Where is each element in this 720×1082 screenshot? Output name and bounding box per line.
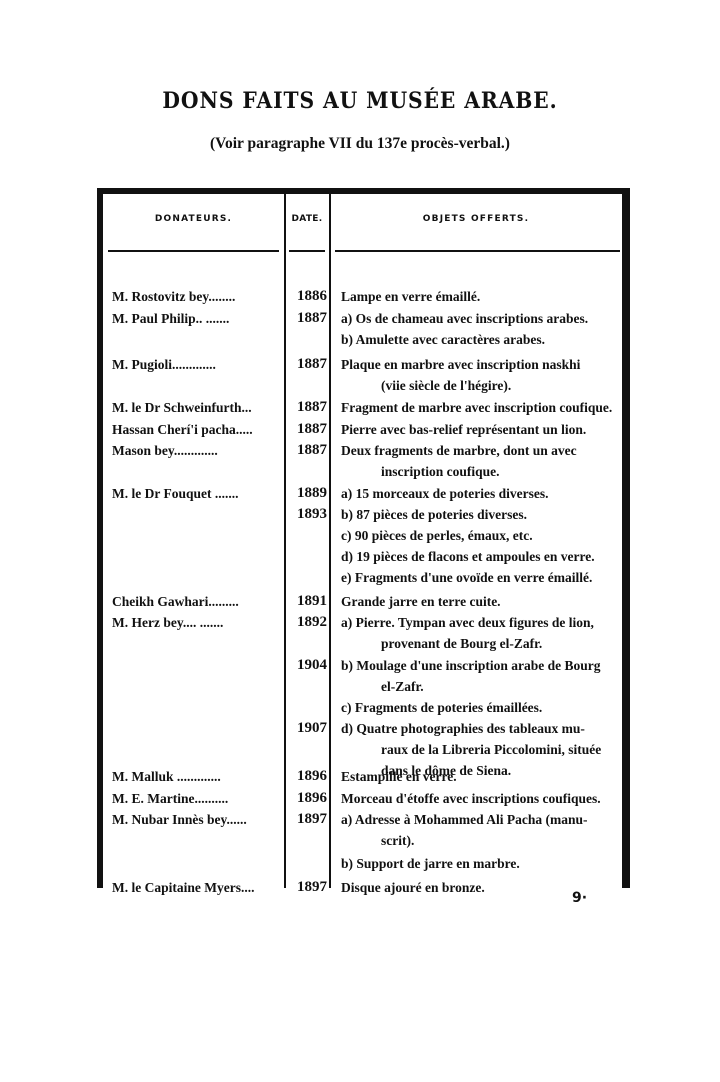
date-cell: 1897	[289, 809, 327, 830]
object-cell: b) Support de jarre en marbre.	[341, 853, 621, 874]
header-rule	[108, 250, 279, 252]
object-cell: b) Moulage d'une inscription arabe de Bo…	[341, 655, 621, 697]
object-cell: Grande jarre en terre cuite.	[341, 591, 621, 612]
date-cell: 1887	[289, 440, 327, 461]
date-cell: 1896	[289, 788, 327, 809]
header-date: DATE.	[285, 214, 329, 224]
donor-cell: Cheikh Gawhari.........	[112, 591, 282, 612]
donor-cell: M. le Dr Fouquet .......	[112, 483, 282, 504]
object-cell: Fragment de marbre avec inscription couf…	[341, 397, 621, 418]
donor-cell: M. Nubar Innès bey......	[112, 809, 282, 830]
header-objects: OBJETS OFFERTS.	[331, 214, 621, 224]
object-cell: d) 19 pièces de flacons et ampoules en v…	[341, 546, 621, 567]
donor-cell: M. Rostovitz bey........	[112, 286, 282, 307]
donor-cell: Hassan Cherí'i pacha.....	[112, 419, 282, 440]
object-cell-continuation: provenant de Bourg el-Zafr.	[341, 633, 621, 654]
object-cell: a) Pierre. Tympan avec deux figures de l…	[341, 612, 621, 654]
object-cell: a) Os de chameau avec inscriptions arabe…	[341, 308, 621, 329]
date-cell: 1897	[289, 877, 327, 898]
object-cell: a) Adresse à Mohammed Ali Pacha (manu-sc…	[341, 809, 621, 851]
donor-cell: M. Pugioli.............	[112, 354, 282, 375]
donor-cell: M. Malluk .............	[112, 766, 282, 787]
date-cell: 1896	[289, 766, 327, 787]
object-cell: Plaque en marbre avec inscription naskhi…	[341, 354, 621, 396]
object-cell: Pierre avec bas-relief représentant un l…	[341, 419, 621, 440]
date-cell: 1907	[289, 718, 327, 739]
object-cell-continuation: raux de la Libreria Piccolomini, située	[341, 739, 621, 760]
object-cell: Estampille en verre.	[341, 766, 621, 787]
object-cell: c) 90 pièces de perles, émaux, etc.	[341, 525, 621, 546]
date-cell: 1887	[289, 397, 327, 418]
donor-cell: M. le Dr Schweinfurth...	[112, 397, 282, 418]
date-cell: 1887	[289, 419, 327, 440]
date-cell: 1886	[289, 286, 327, 307]
object-cell: Lampe en verre émaillé.	[341, 286, 621, 307]
object-cell-continuation: scrit).	[341, 830, 621, 851]
date-cell: 1891	[289, 591, 327, 612]
object-cell-continuation: el-Zafr.	[341, 676, 621, 697]
date-cell: 1893	[289, 504, 327, 525]
donor-cell: Mason bey.............	[112, 440, 282, 461]
donor-cell: M. E. Martine..........	[112, 788, 282, 809]
object-cell-continuation: (viie siècle de l'hégire).	[341, 375, 621, 396]
donations-table: DONATEURS. DATE. OBJETS OFFERTS. M. Rost…	[97, 188, 630, 888]
date-cell: 1889	[289, 483, 327, 504]
date-cell: 1887	[289, 354, 327, 375]
header-donors: DONATEURS.	[103, 214, 284, 224]
object-cell: b) 87 pièces de poteries diverses.	[341, 504, 621, 525]
date-cell: 1904	[289, 655, 327, 676]
donor-cell: M. le Capitaine Myers....	[112, 877, 282, 898]
object-cell: c) Fragments de poteries émaillées.	[341, 697, 621, 718]
date-cell: 1887	[289, 308, 327, 329]
header-rule	[289, 250, 325, 252]
column-divider-donors-date	[284, 194, 286, 888]
column-divider-date-objects	[329, 194, 331, 888]
object-cell: Deux fragments de marbre, dont un avecin…	[341, 440, 621, 482]
page-number: 9·	[572, 890, 587, 906]
page-subtitle: (Voir paragraphe VII du 137e procès-verb…	[0, 135, 720, 153]
donor-cell: M. Paul Philip.. .......	[112, 308, 282, 329]
date-cell: 1892	[289, 612, 327, 633]
object-cell: b) Amulette avec caractères arabes.	[341, 329, 621, 350]
object-cell-continuation: inscription coufique.	[341, 461, 621, 482]
header-rule	[335, 250, 620, 252]
donor-cell: M. Herz bey.... .......	[112, 612, 282, 633]
object-cell: Morceau d'étoffe avec inscriptions coufi…	[341, 788, 621, 809]
page-title: DONS FAITS AU MUSÉE ARABE.	[29, 88, 691, 114]
object-cell: a) 15 morceaux de poteries diverses.	[341, 483, 621, 504]
object-cell: e) Fragments d'une ovoïde en verre émail…	[341, 567, 621, 588]
